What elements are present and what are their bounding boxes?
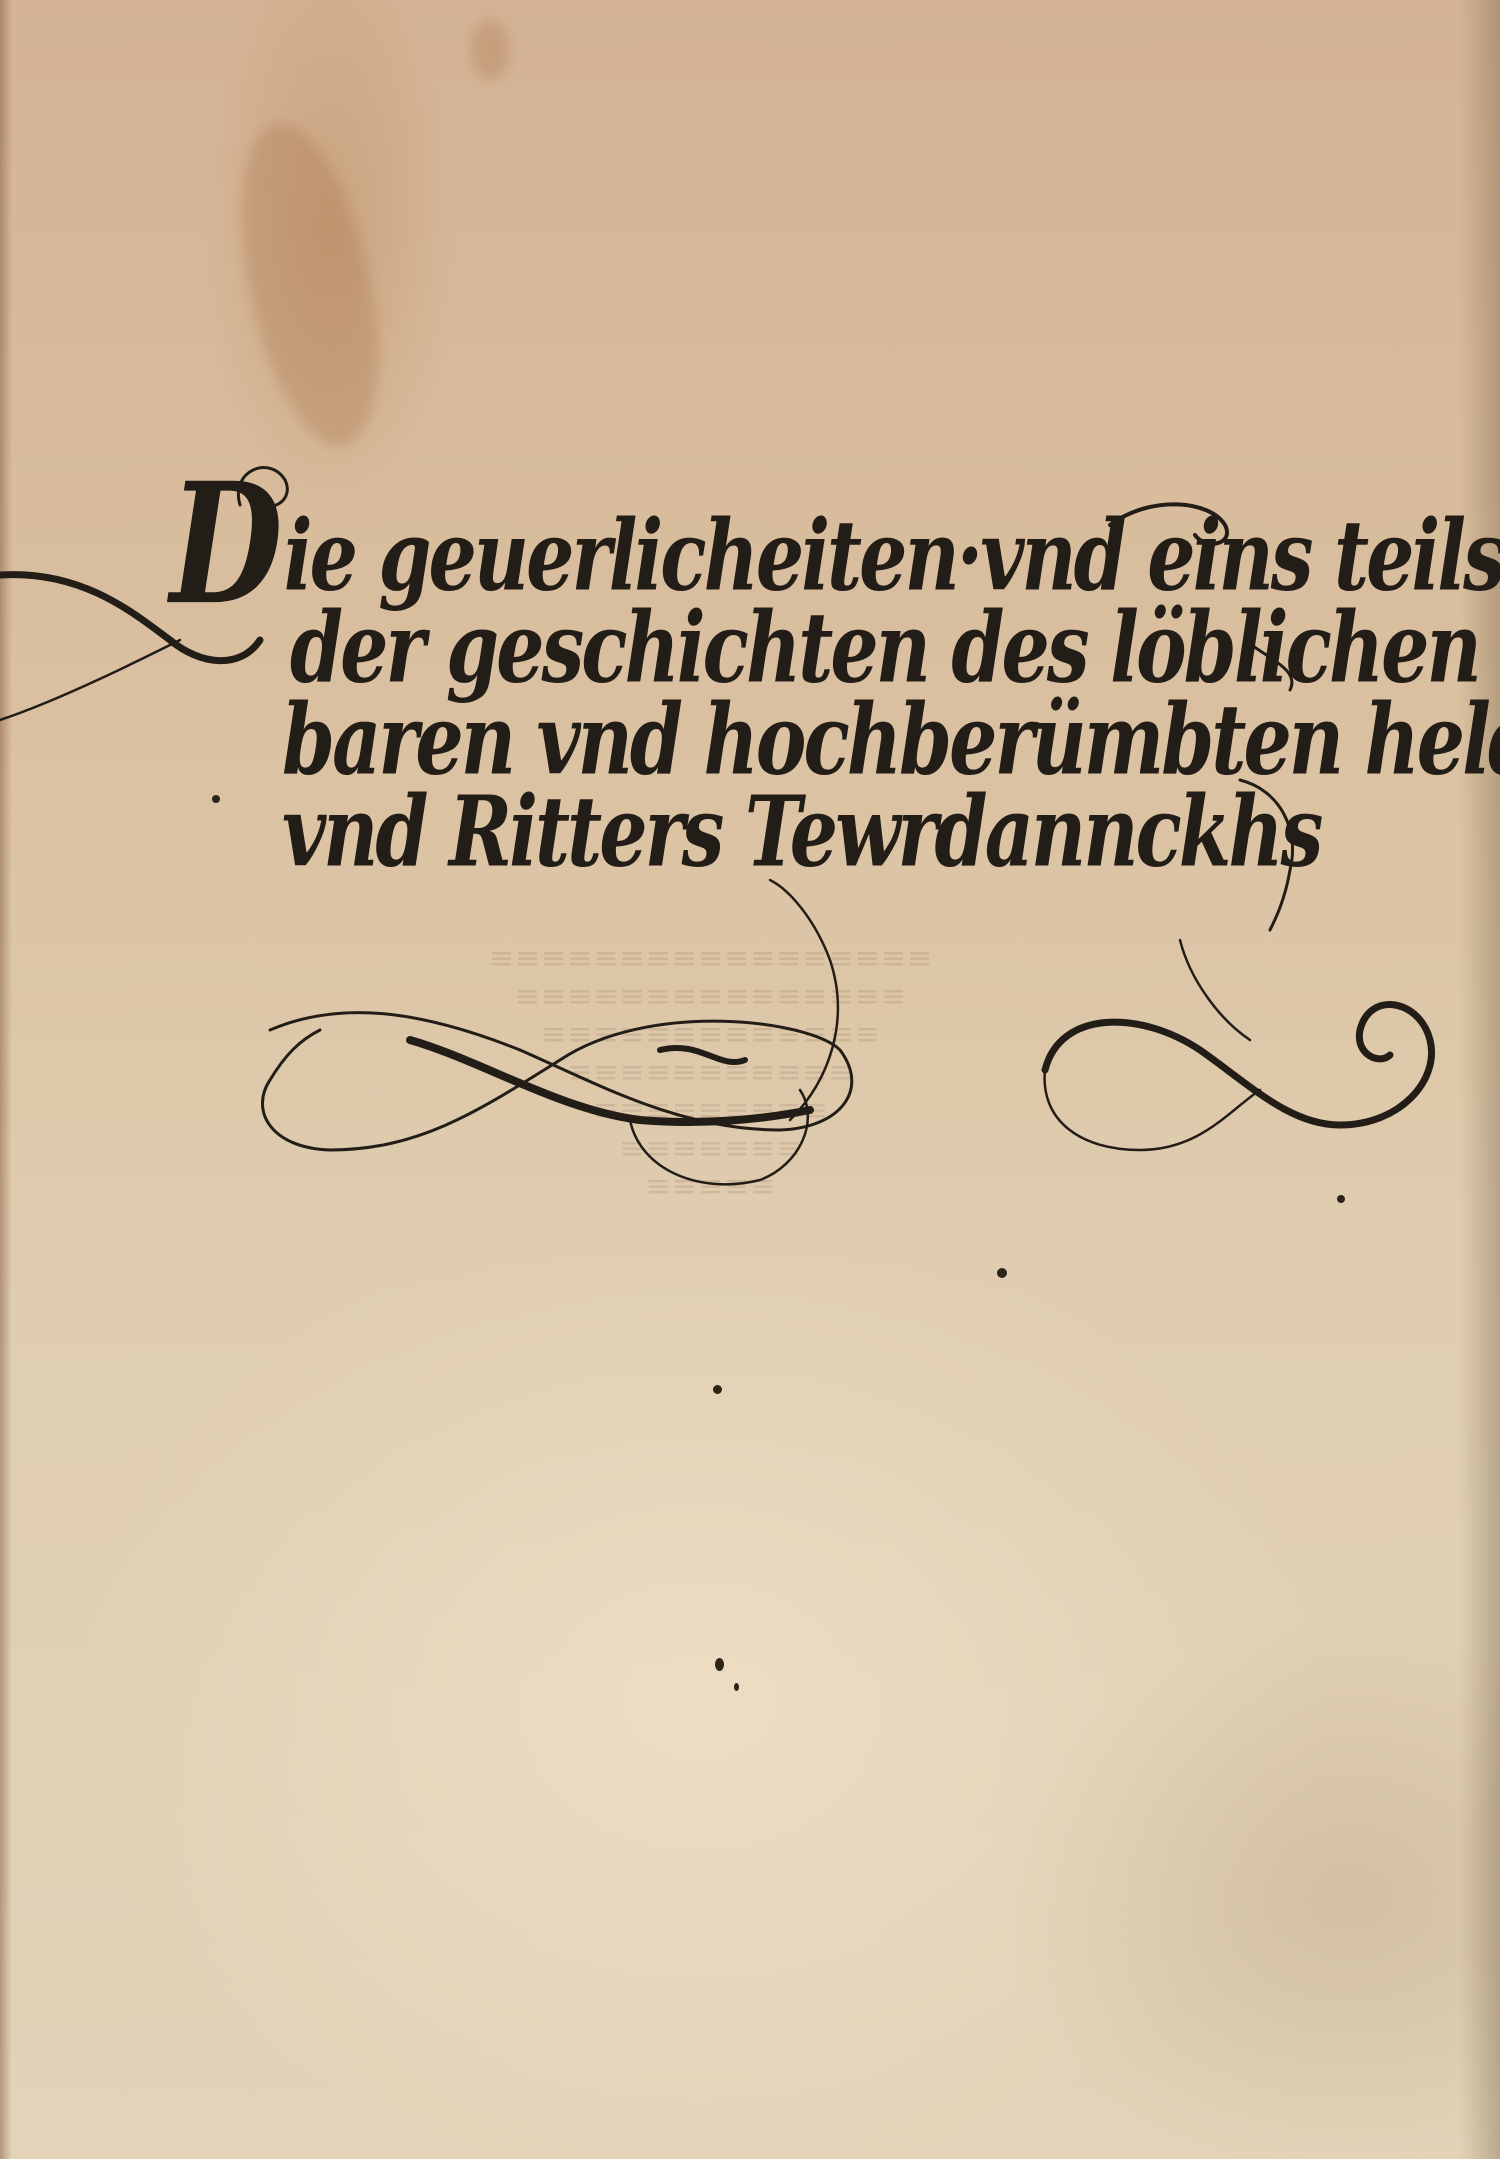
ink-spot xyxy=(1337,1195,1345,1203)
page-edge-right xyxy=(1460,0,1500,2159)
water-stain xyxy=(470,20,510,80)
document-page: ≡≡≡≡≡≡≡≡≡≡≡≡≡≡≡≡≡≡≡≡≡≡≡≡≡≡≡≡≡≡≡≡≡≡≡≡≡≡≡≡… xyxy=(0,0,1500,2159)
water-stain xyxy=(217,111,403,459)
ink-spot xyxy=(734,1683,739,1691)
ink-spot xyxy=(997,1268,1007,1278)
page-edge-left xyxy=(0,0,12,2159)
title-line-4: vnd Ritters Tewrdannckhs xyxy=(170,773,1320,891)
bleed-through-text: ≡≡≡≡≡≡≡≡≡≡≡≡≡≡≡≡≡≡≡≡≡≡≡≡≡≡≡≡≡≡≡≡≡≡≡≡≡≡≡≡… xyxy=(330,940,1090,1206)
title-block: Die geuerlicheiten·vnd eins teils der ge… xyxy=(170,510,1320,878)
ink-spot xyxy=(715,1658,724,1671)
ink-spot xyxy=(713,1385,722,1394)
